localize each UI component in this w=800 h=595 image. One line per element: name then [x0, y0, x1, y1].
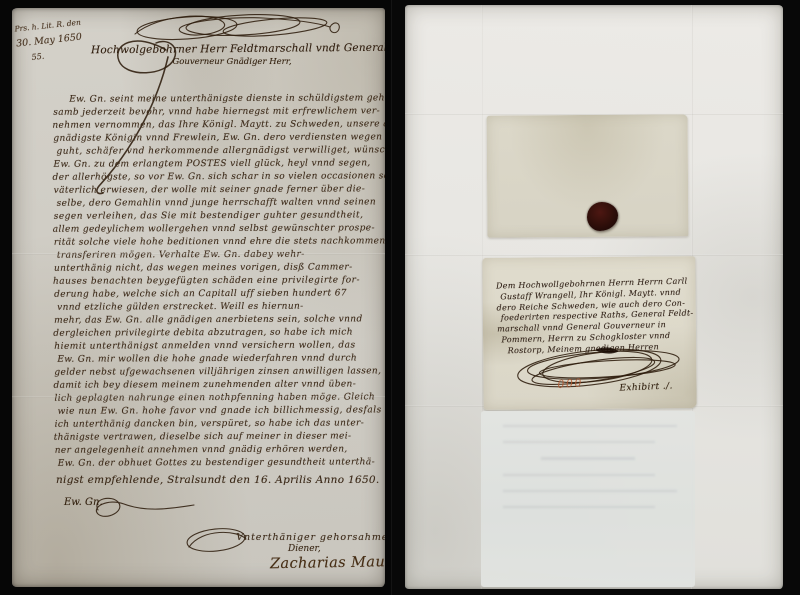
place-dateline: nigst empfehlende, Stralsundt den 16. Ap…: [56, 474, 380, 486]
red-ink-mark: 000: [557, 376, 583, 391]
photo-panel-right: Dem Hochwollgebohrnen Herrn Herrn CarllG…: [391, 0, 800, 595]
valediction-paraph-flourish: [90, 494, 200, 522]
letter-body-line: Ew. Gn. der obhuet Gottes zu bestendiger…: [58, 456, 385, 470]
bleedthrough-trace: [503, 425, 677, 427]
fold-crease: [405, 254, 783, 256]
bleedthrough-trace: [541, 457, 635, 460]
signature-name: Zacharias Mauske: [270, 554, 385, 572]
ink-bleedthrough-section: [481, 411, 695, 587]
photo-panel-left: Prs. h. Lit. R. den 30. May 1650 55. Hoc…: [0, 0, 391, 595]
letter-verso-page: Dem Hochwollgebohrnen Herrn Herrn CarllG…: [405, 5, 783, 589]
closing-formula-line1: Vnterthäniger gehorsahmer: [234, 532, 385, 543]
bleedthrough-trace: [503, 441, 655, 443]
bleedthrough-trace: [503, 490, 677, 492]
letter-body-line: derung habe, welche sich an Capitall uff…: [54, 287, 385, 301]
closing-formula-line2: Diener,: [288, 544, 321, 554]
manuscript-photo-composite: Prs. h. Lit. R. den 30. May 1650 55. Hoc…: [0, 0, 800, 595]
letter-recto-page: Prs. h. Lit. R. den 30. May 1650 55. Hoc…: [12, 8, 385, 587]
folded-packet-address-section: Dem Hochwollgebohrnen Herrn Herrn CarllG…: [482, 256, 696, 410]
letter-body-line: rität solche viele hohe beditionen vnnd …: [54, 235, 385, 249]
archival-date-note: Prs. h. Lit. R. den 30. May 1650 55.: [14, 15, 85, 67]
bleedthrough-trace: [503, 506, 655, 508]
bleedthrough-trace: [503, 474, 655, 476]
letter-body-text: Ew. Gn. seint meine unterthänigste diens…: [53, 92, 385, 470]
